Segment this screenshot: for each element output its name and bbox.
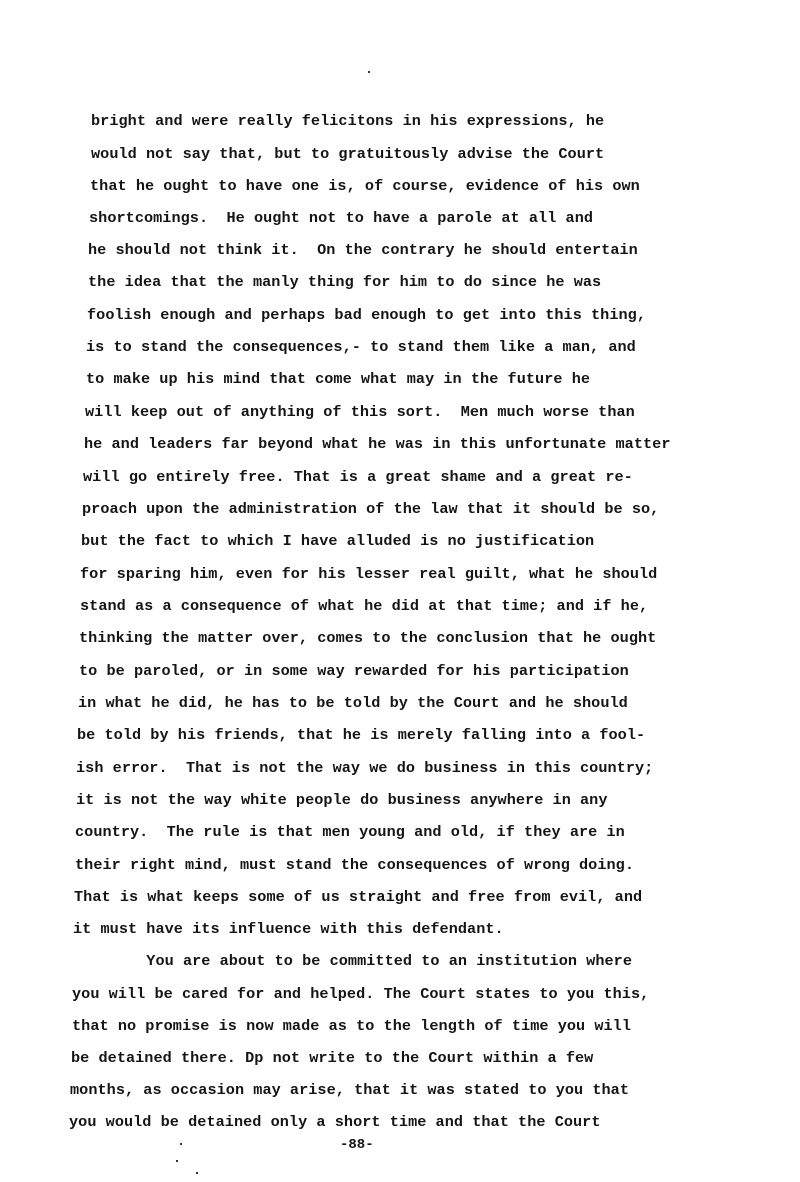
scan-speck: [196, 1172, 198, 1174]
text-line: months, as occasion may arise, that it w…: [70, 1081, 629, 1099]
text-line: you would be detained only a short time …: [69, 1113, 601, 1131]
text-line: you will be cared for and helped. The Co…: [72, 985, 649, 1003]
scan-speck: [368, 71, 370, 73]
text-line: will keep out of anything of this sort. …: [85, 403, 635, 421]
text-line: for sparing him, even for his lesser rea…: [80, 565, 657, 583]
text-line: to make up his mind that come what may i…: [86, 370, 590, 388]
text-line: he should not think it. On the contrary …: [88, 241, 638, 259]
text-line: their right mind, must stand the consequ…: [75, 856, 634, 874]
text-line: it is not the way white people do busine…: [76, 791, 608, 809]
scan-speck: [180, 1143, 182, 1145]
text-line: thinking the matter over, comes to the c…: [79, 629, 656, 647]
scan-speck: [176, 1160, 178, 1162]
text-line: to be paroled, or in some way rewarded f…: [79, 662, 629, 680]
text-line: is to stand the consequences,- to stand …: [86, 338, 636, 356]
text-line: proach upon the administration of the la…: [82, 500, 659, 518]
paragraph-start-line: You are about to be committed to an inst…: [73, 952, 632, 970]
text-line: he and leaders far beyond what he was in…: [84, 435, 671, 453]
text-line: it must have its influence with this def…: [73, 920, 504, 938]
text-line: the idea that the manly thing for him to…: [88, 273, 601, 291]
text-line: would not say that, but to gratuitously …: [91, 145, 604, 163]
text-line: that no promise is now made as to the le…: [72, 1017, 631, 1035]
page-number: -88-: [340, 1137, 374, 1153]
text-line: will go entirely free. That is a great s…: [83, 468, 633, 486]
text-line: in what he did, he has to be told by the…: [78, 694, 628, 712]
text-line: stand as a consequence of what he did at…: [80, 597, 648, 615]
text-line: ish error. That is not the way we do bus…: [76, 759, 653, 777]
text-line: bright and were really felicitons in his…: [91, 112, 604, 130]
text-line: that he ought to have one is, of course,…: [90, 177, 640, 195]
text-line: but the fact to which I have alluded is …: [81, 532, 594, 550]
document-page: bright and were really felicitons in his…: [0, 0, 800, 1182]
text-line: foolish enough and perhaps bad enough to…: [87, 306, 646, 324]
text-line: country. The rule is that men young and …: [75, 823, 625, 841]
text-line: be told by his friends, that he is merel…: [77, 726, 645, 744]
text-line: That is what keeps some of us straight a…: [74, 888, 642, 906]
text-line: shortcomings. He ought not to have a par…: [89, 209, 593, 227]
text-line: be detained there. Dp not write to the C…: [71, 1049, 593, 1067]
